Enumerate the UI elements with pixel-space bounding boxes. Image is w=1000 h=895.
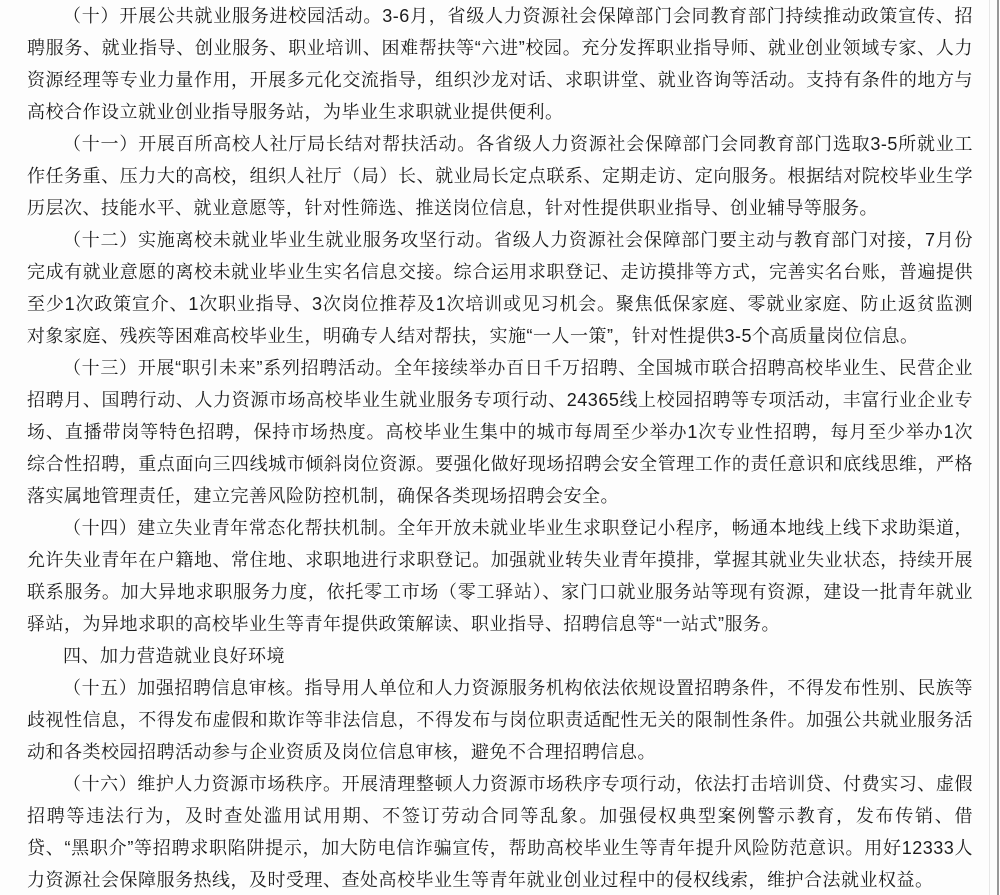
page-edge-line <box>989 0 990 895</box>
document-page: （十）开展公共就业服务进校园活动。3-6月，省级人力资源社会保障部门会同教育部门… <box>0 0 1000 895</box>
paragraph-item-16: （十六）维护人力资源市场秩序。开展清理整顿人力资源市场秩序专项行动，依法打击培训… <box>27 768 973 895</box>
paragraph-item-12: （十二）实施离校未就业毕业生就业服务攻坚行动。省级人力资源社会保障部门要主动与教… <box>27 224 973 352</box>
window-right-border <box>997 0 999 895</box>
document-body: （十）开展公共就业服务进校园活动。3-6月，省级人力资源社会保障部门会同教育部门… <box>27 0 973 895</box>
paragraph-item-11: （十一）开展百所高校人社厅局长结对帮扶活动。各省级人力资源社会保障部门会同教育部… <box>27 128 973 224</box>
paragraph-item-14: （十四）建立失业青年常态化帮扶机制。全年开放未就业毕业生求职登记小程序，畅通本地… <box>27 512 973 640</box>
paragraph-item-15: （十五）加强招聘信息审核。指导用人单位和人力资源服务机构依法依规设置招聘条件，不… <box>27 672 973 768</box>
section-heading-4: 四、加力营造就业良好环境 <box>27 640 973 672</box>
paragraph-item-13: （十三）开展“职引未来”系列招聘活动。全年接续举办百日千万招聘、全国城市联合招聘… <box>27 352 973 512</box>
paragraph-item-10: （十）开展公共就业服务进校园活动。3-6月，省级人力资源社会保障部门会同教育部门… <box>27 0 973 128</box>
